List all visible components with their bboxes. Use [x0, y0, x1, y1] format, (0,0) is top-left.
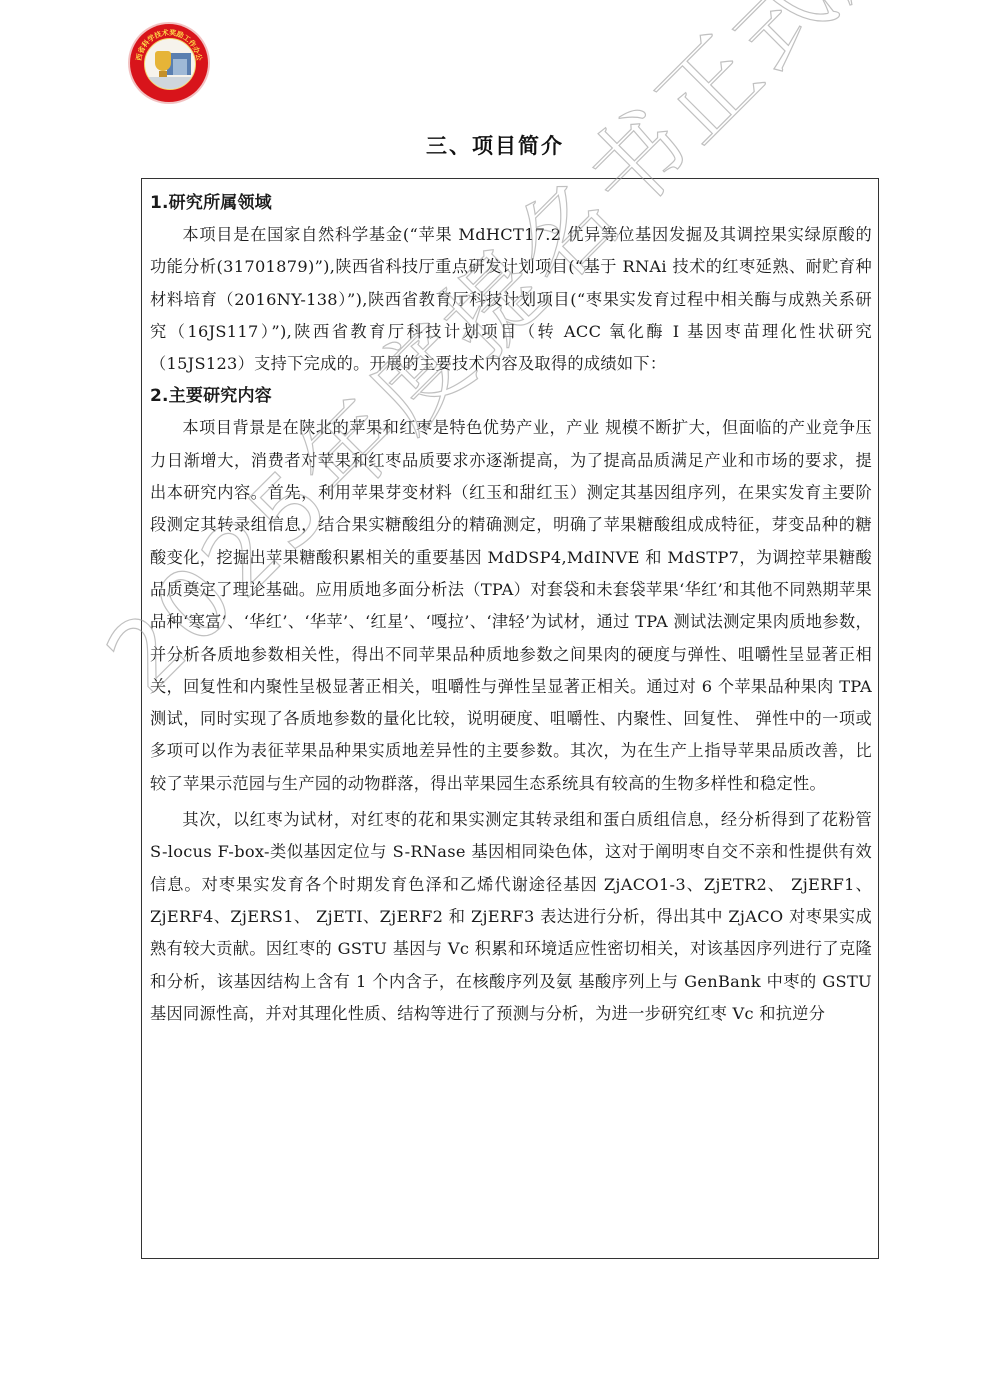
page-title: 三、项目简介 [0, 130, 990, 160]
project-summary-box: 1.研究所属领域 本项目是在国家自然科学基金(“苹果 MdHCT17.2 优异等… [141, 178, 879, 1259]
office-seal-logo: 陕西省科学技术奖励工作办公室 [130, 24, 208, 102]
paragraph-research-field: 本项目是在国家自然科学基金(“苹果 MdHCT17.2 优异等位基因发掘及其调控… [150, 219, 872, 380]
paragraph-apple-research: 本项目背景是在陕北的苹果和红枣是特色优势产业，产业 规模不断扩大，但面临的产业竞… [150, 412, 872, 800]
paragraph-jujube-research: 其次，以红枣为试材，对红枣的花和果实测定其转录组和蛋白质组信息，经分析得到了花粉… [150, 804, 872, 1030]
svg-text:陕西省科学技术奖励工作办公室: 陕西省科学技术奖励工作办公室 [130, 24, 204, 62]
project-summary-content: 1.研究所属领域 本项目是在国家自然科学基金(“苹果 MdHCT17.2 优异等… [150, 187, 872, 1030]
seal-ring-text: 陕西省科学技术奖励工作办公室 [130, 24, 208, 102]
section-heading-research-field: 1.研究所属领域 [150, 187, 872, 219]
section-heading-main-content: 2.主要研究内容 [150, 380, 872, 412]
